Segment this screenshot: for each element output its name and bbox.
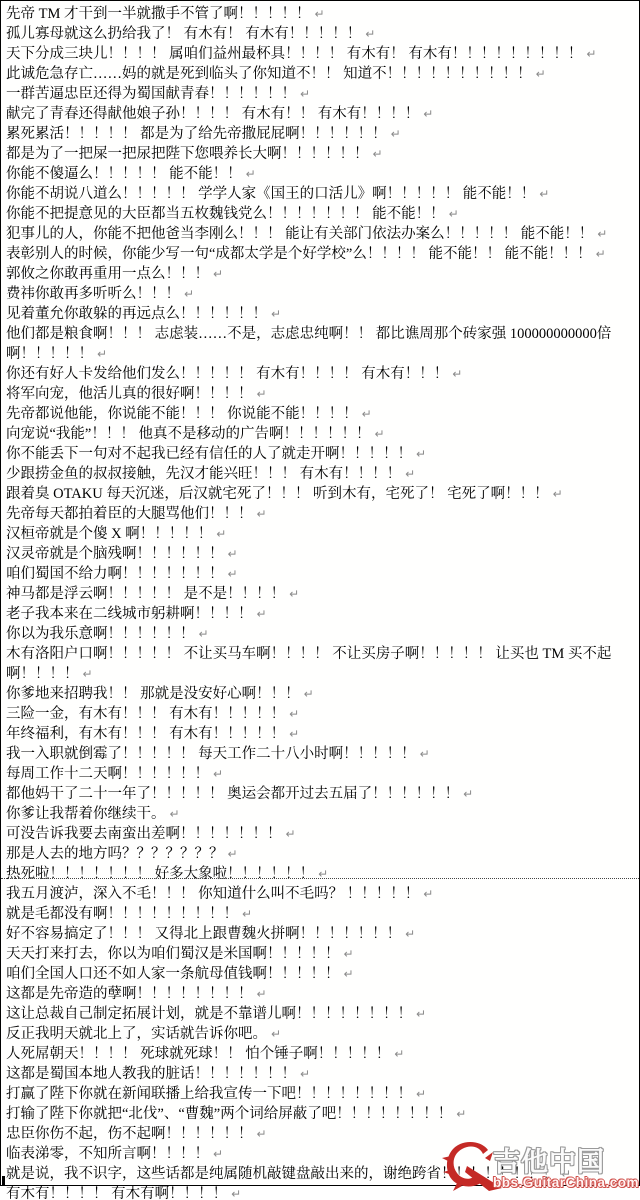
text-line: 木有洛阳户口啊！！！！！ 不让买马车啊！！！！ 不让买房子啊！！！！！ 让买也 … bbox=[6, 644, 635, 684]
text-line: 神马都是浮云啊！！！！！ 是不是！！！！↵ bbox=[6, 584, 635, 604]
text-line: 我五月渡泸，深入不毛！！！ 你知道什么叫不毛吗？ ！！！！！↵ bbox=[6, 884, 635, 904]
paragraph-mark: ↵ bbox=[340, 967, 354, 981]
paragraph-mark: ↵ bbox=[419, 107, 433, 121]
end-of-document-marker bbox=[2, 1176, 5, 1185]
text-line: 将军向宠，他活儿真的很好啊！！！！↵ bbox=[6, 384, 635, 404]
paragraph-mark: ↵ bbox=[209, 1147, 223, 1161]
text-line: 都是为了一把屎一把尿把陛下您喂养长大啊！！！！！！↵ bbox=[6, 144, 635, 164]
text-line: 打输了陛下你就把“北伐”、“曹魏”两个词给屏蔽了吧！！！！！！！！↵ bbox=[6, 1104, 635, 1124]
text-line: 先帝都说他能，你说能不能！！！ 你说能不能！！！！↵ bbox=[6, 404, 635, 424]
text-line: 咱们蜀国不给力啊！！！！！！！↵ bbox=[6, 564, 635, 584]
paragraph-mark: ↵ bbox=[401, 927, 415, 941]
paragraph-mark: ↵ bbox=[387, 127, 401, 141]
text-line: 跟着臭 OTAKU 每天沉迷，后汉就宅死了！！！ 听到木有，宅死了！ 宅死了啊！… bbox=[6, 484, 635, 504]
paragraph-mark: ↵ bbox=[166, 807, 180, 821]
text-line: 郭攸之你敢再重用一点么！！！↵ bbox=[6, 264, 635, 284]
text-line: 犯事儿的人，你能不把他爸当李刚么！！！ 能让有关部门依法办案么！！！！！ 能不能… bbox=[6, 224, 635, 244]
paragraph-mark: ↵ bbox=[93, 347, 107, 361]
paragraph-mark: ↵ bbox=[592, 247, 606, 261]
text-line: 献完了青春还得献他娘子孙！！！！ 有木有！！ 有木有！！！！↵ bbox=[6, 104, 635, 124]
paragraph-mark: ↵ bbox=[557, 1167, 571, 1181]
text-line: 一群苦逼忠臣还得为蜀国献青春！！！！！！↵ bbox=[6, 84, 635, 104]
text-line: 汉灵帝就是个脑残啊！！！！！！↵ bbox=[6, 544, 635, 564]
text-line: 那是人去的地方吗？？？？？？？↵ bbox=[6, 844, 635, 864]
paragraph-mark: ↵ bbox=[296, 87, 310, 101]
page-break-dotted-line bbox=[1, 878, 640, 879]
paragraph-mark: ↵ bbox=[242, 167, 256, 181]
text-line: 这都是先帝造的孽啊！！！！！！！！↵ bbox=[6, 984, 635, 1004]
paragraph-mark: ↵ bbox=[419, 887, 433, 901]
text-line: 累死累活！！！！！ 都是为了给先帝撒屁屁啊！！！！！！↵ bbox=[6, 124, 635, 144]
text-line: 都他妈干了二十一年了！！！！！ 奥运会都开过去五届了！！！！！！↵ bbox=[6, 784, 635, 804]
text-line: 三险一金，有木有！！！ 有木有！！！！！↵ bbox=[6, 704, 635, 724]
text-line: 有木有！！！！ 有木有啊！！！！↵ bbox=[6, 1184, 635, 1200]
paragraph-mark: ↵ bbox=[412, 1007, 426, 1021]
text-line: 每周工作十二天啊！！！！！！↵ bbox=[6, 764, 635, 784]
text-line: 表彰别人的时候，你能少写一句“成都太学是个好学校”么！！！！ 能不能！！ 能不能… bbox=[6, 244, 635, 264]
text-line: 打赢了陛下你就在新闻联播上给我宣传一下吧！！！！！！！！↵ bbox=[6, 1084, 635, 1104]
text-line: 咱们全国人口还不如人家一条航母值钱啊！！！！！↵ bbox=[6, 964, 635, 984]
text-line: 这都是蜀国本地人教我的脏话！！！！！！！↵ bbox=[6, 1064, 635, 1084]
paragraph-mark: ↵ bbox=[224, 567, 238, 581]
text-line: 年终福利，有木有！！！ 有木有！！！！！↵ bbox=[6, 724, 635, 744]
paragraph-mark: ↵ bbox=[532, 67, 546, 81]
text-line: 他们都是粮食啊！！！ 志虑装……不是，志虑忠纯啊！！ 都比谯周那个砖家强 100… bbox=[6, 324, 635, 364]
text-line: 我一入职就倒霉了！！！！！ 每天工作二十八小时啊！！！！！↵ bbox=[6, 744, 635, 764]
paragraph-mark: ↵ bbox=[311, 7, 325, 21]
text-line: 你能不胡说八道么！！！！！ 学学人家《国王的口活儿》啊！！！！！ 能不能！！↵ bbox=[6, 184, 635, 204]
paragraph-mark: ↵ bbox=[412, 1087, 426, 1101]
paragraph-mark: ↵ bbox=[401, 467, 415, 481]
text-line: 汉桓帝就是个傻 X 啊！！！！！↵ bbox=[6, 524, 635, 544]
text-line: 先帝 TM 才干到一半就撒手不管了啊！！！！！↵ bbox=[6, 4, 635, 24]
text-line: 这让总裁自己制定拓展计划，就是不靠谱儿啊！！！！！！！！↵ bbox=[6, 1004, 635, 1024]
paragraph-mark: ↵ bbox=[445, 207, 459, 221]
text-line: 就是毛都没有啊！！！！！！！！！↵ bbox=[6, 904, 635, 924]
paragraph-mark: ↵ bbox=[180, 287, 194, 301]
text-line: 你以为我乐意啊！！！！！！↵ bbox=[6, 624, 635, 644]
paragraph-mark: ↵ bbox=[267, 1027, 281, 1041]
text-line: 向宠说“我能”！！！ 他真不是移动的广告啊！！！！！！↵ bbox=[6, 424, 635, 444]
paragraph-mark: ↵ bbox=[549, 487, 563, 501]
paragraph-mark: ↵ bbox=[282, 827, 296, 841]
text-line: 少跟捞金鱼的叔叔接触，先汉才能兴旺！！！ 有木有！！！！↵ bbox=[6, 464, 635, 484]
text-line: 此诚危急存亡……妈的就是死到临头了你知道不！！ 知道不！！！！！！！！！！↵ bbox=[6, 64, 635, 84]
paragraph-mark: ↵ bbox=[79, 667, 93, 681]
text-line: 见着董允你敢躲的再远点么！！！！！！↵ bbox=[6, 304, 635, 324]
paragraph-mark: ↵ bbox=[369, 147, 383, 161]
paragraph-mark: ↵ bbox=[195, 627, 209, 641]
paragraph-mark: ↵ bbox=[212, 527, 226, 541]
paragraph-mark: ↵ bbox=[358, 407, 372, 421]
paragraph-mark: ↵ bbox=[224, 547, 238, 561]
paragraph-mark: ↵ bbox=[285, 587, 299, 601]
paragraph-mark: ↵ bbox=[296, 1067, 310, 1081]
paragraph-mark: ↵ bbox=[253, 1127, 267, 1141]
paragraph-mark: ↵ bbox=[452, 1107, 466, 1121]
paragraph-mark: ↵ bbox=[253, 507, 267, 521]
paragraph-mark: ↵ bbox=[253, 387, 267, 401]
text-line: 忠臣你伤不起，伤不起啊！！！！！！↵ bbox=[6, 1124, 635, 1144]
text-line: 反正我明天就北上了，实话就告诉你吧。↵ bbox=[6, 1024, 635, 1044]
paragraph-mark: ↵ bbox=[535, 187, 549, 201]
paragraph-mark: ↵ bbox=[371, 427, 385, 441]
paragraph-mark: ↵ bbox=[593, 227, 607, 241]
document-page: 先帝 TM 才干到一半就撒手不管了啊！！！！！↵孤儿寡母就这么扔给我了！ 有木有… bbox=[0, 0, 640, 1186]
paragraph-mark: ↵ bbox=[582, 47, 596, 61]
paragraph-mark: ↵ bbox=[267, 307, 281, 321]
text-line: 可没告诉我要去南蛮出差啊！！！！！！！↵ bbox=[6, 824, 635, 844]
text-line: 你能不傻逼么！！！！！ 能不能！！↵ bbox=[6, 164, 635, 184]
paragraph-mark: ↵ bbox=[238, 907, 252, 921]
text-line: 你还有好人卡发给他们发么！！！！！ 有木有！！！！ 有木有！！！↵ bbox=[6, 364, 635, 384]
paragraph-mark: ↵ bbox=[448, 367, 462, 381]
text-line: 天下分成三块儿！！！！ 属咱们益州最杯具！！！！ 有木有！ 有木有！！！！！！！… bbox=[6, 44, 635, 64]
paragraph-mark: ↵ bbox=[285, 707, 299, 721]
paragraph-mark: ↵ bbox=[412, 447, 426, 461]
paragraph-mark: ↵ bbox=[227, 1187, 241, 1200]
paragraph-mark: ↵ bbox=[300, 687, 314, 701]
paragraph-mark: ↵ bbox=[253, 607, 267, 621]
text-line: 就是说，我不识字，这些话都是纯属随机敲键盘敲出来的，谢绝跨省！！！！！！！！↵ bbox=[6, 1164, 635, 1184]
paragraph-mark: ↵ bbox=[253, 987, 267, 1001]
text-line: 你爹地来招聘我！！ 那就是没安好心啊！！！↵ bbox=[6, 684, 635, 704]
text-line: 好不容易搞定了！！！ 又得北上跟曹魏火拼啊！！！！！！！↵ bbox=[6, 924, 635, 944]
text-line: 你爹让我帮着你继续干。↵ bbox=[6, 804, 635, 824]
text-line: 老子我本来在二线城市躬耕啊！！！！↵ bbox=[6, 604, 635, 624]
paragraph-mark: ↵ bbox=[224, 847, 238, 861]
text-line: 费祎你敢再多听听么！！！↵ bbox=[6, 284, 635, 304]
paragraph-mark: ↵ bbox=[390, 1047, 404, 1061]
text-line: 你能不把提意见的大臣都当五枚魏钱党么！！！！！！！ 能不能！！↵ bbox=[6, 204, 635, 224]
paragraph-mark: ↵ bbox=[416, 747, 430, 761]
document-text-area[interactable]: 先帝 TM 才干到一半就撒手不管了啊！！！！！↵孤儿寡母就这么扔给我了！ 有木有… bbox=[1, 1, 639, 1200]
paragraph-mark: ↵ bbox=[209, 767, 223, 781]
paragraph-mark: ↵ bbox=[340, 947, 354, 961]
text-line: 先帝每天都拍着臣的大腿骂他们！！！↵ bbox=[6, 504, 635, 524]
text-line: 人死屌朝天！！！！ 死球就死球！！ 怕个锤子啊！！！！！↵ bbox=[6, 1044, 635, 1064]
text-line: 天天打来打去，你以为咱们蜀汉是米国啊！！！！！↵ bbox=[6, 944, 635, 964]
paragraph-mark: ↵ bbox=[459, 787, 473, 801]
paragraph-mark: ↵ bbox=[285, 727, 299, 741]
paragraph-mark: ↵ bbox=[361, 27, 375, 41]
text-line: 孤儿寡母就这么扔给我了！ 有木有！ 有木有！！！！！↵ bbox=[6, 24, 635, 44]
paragraph-mark: ↵ bbox=[209, 267, 223, 281]
text-line: 你不能丢下一句对不起我已经有信任的人了就走开啊！！！！！↵ bbox=[6, 444, 635, 464]
text-line: 临表涕零，不知所言啊！！！！↵ bbox=[6, 1144, 635, 1164]
text-line: 热死啦！！！！！！！ 好多大象啦！！！！！！↵ bbox=[6, 864, 635, 884]
